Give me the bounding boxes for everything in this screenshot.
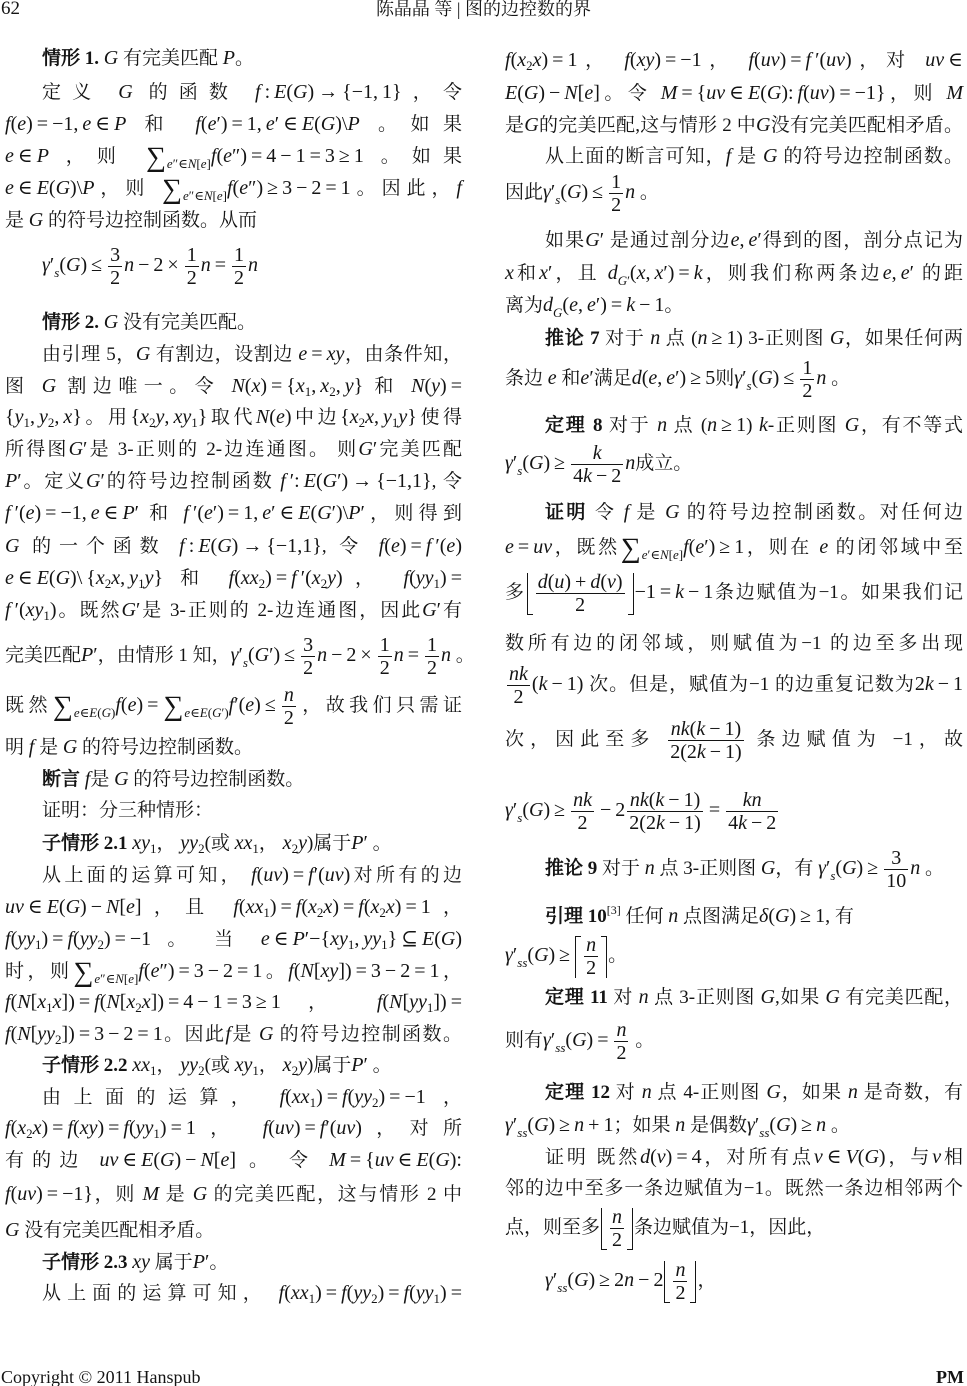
text: 的符号边控制函数 (105, 471, 280, 492)
text: 是奇数，有 (858, 1082, 963, 1103)
math-subscript: e″∈N[e] (167, 156, 211, 171)
math-variable: y (327, 567, 336, 589)
math-expression: n (642, 1081, 652, 1103)
text: 点图满足 (678, 906, 759, 927)
text: ，则得到 (365, 503, 462, 524)
math-subscript: G′ (618, 273, 630, 288)
text: 点 4-正则图 (652, 1082, 767, 1103)
math-expression: G (114, 768, 128, 790)
math-expression: f(N[yy1]) = (377, 991, 462, 1013)
math-expression: f(xx1) = f(x2x) = f(x2x) = 1 (233, 896, 430, 918)
math-expression: n ≥ 1 (697, 327, 736, 349)
math-symbol: ′( (811, 49, 826, 71)
case-1-text-line: e ∈ P ，则 ∑e″∈N[e]f(e″) = 4 − 1 = 3 ≥ 1 。… (5, 140, 462, 172)
subcase-2-3-text-line: f(x2x) = 1， f(xy) = −1， f(uv) = f ′(uv)，… (505, 44, 963, 76)
math-variable: e (266, 113, 275, 135)
math-variable: y (298, 1054, 307, 1076)
math-expression: G (763, 145, 777, 167)
math-variable: e (883, 262, 892, 284)
math-symbol: , (740, 229, 749, 251)
claim-heading: 断言 f是 G 的符号边控制函数。 (5, 763, 462, 795)
math-variable: uv (275, 1117, 294, 1139)
math-variable: n (612, 1206, 622, 1228)
math-variable: x (96, 567, 105, 589)
math-symbol: − 1 (934, 673, 963, 695)
case-2-text-line: G 的一个函数 f : E(G) → {−1,1}, 令 f(e) = f ′(… (5, 530, 462, 562)
left-ceiling-bracket (575, 936, 581, 978)
math-symbol: ′) ≥ 5 (675, 367, 715, 389)
subcase-2-1-text-line: 时，则∑e″∈N[e]f(e″) = 3 − 2 = 1。f(N[xy]) = … (5, 955, 462, 987)
math-variable: e (5, 567, 14, 589)
math-symbol: ″∈ (189, 188, 204, 203)
math-variable: M (946, 82, 963, 104)
math-variable: x (37, 991, 46, 1013)
text: ， (343, 568, 404, 589)
math-symbol: 2 (575, 594, 585, 616)
math-symbol: 4 (728, 812, 738, 834)
math-variable: n (675, 1259, 685, 1281)
math-variable: n (574, 1114, 584, 1136)
math-variable: d (640, 1146, 650, 1168)
math-variable: γ (543, 181, 551, 203)
math-variable: xy (637, 49, 655, 71)
text: 有完美匹配 (118, 48, 223, 69)
math-variable: γ (818, 857, 826, 879)
math-symbol: ′( (234, 694, 245, 716)
case-2-text-line: f ′(e) = −1, e ∈ P′ 和 f ′(e′) = 1, e′ ∈ … (5, 497, 462, 529)
math-expression: (G) ≤ (752, 367, 799, 389)
case-2-text-line: {y1, y2, x}。用{x2y, xy1}取代N(e)中边{x2x, y1y… (5, 401, 462, 433)
math-variable: xx (241, 567, 259, 589)
text: )属于 (307, 1055, 351, 1076)
text: ) 3-正则图 (736, 328, 829, 349)
subcase-2-3-heading: 子情形 2.3 xy 属于P′。 (5, 1246, 462, 1278)
subcase-2-2-text-line: 有的边 uv ∈ E(G) − N[e] 。 令 M = {uv ∈ E(G): (5, 1144, 462, 1176)
math-expression: uv ∈ (925, 49, 963, 71)
text: 如果 (545, 230, 585, 251)
text: ，如果 (781, 1082, 848, 1103)
math-variable: γ (545, 1269, 553, 1291)
math-variable: G (763, 145, 777, 167)
math-variable: M (142, 1183, 159, 1205)
math-variable: x (17, 1117, 26, 1139)
math-symbol: 2 (513, 686, 523, 708)
math-variable: uv (263, 864, 282, 886)
math-variable: n (639, 986, 649, 1008)
math-expression: f′(e) ≤ (229, 694, 280, 716)
text: 图 (5, 376, 42, 397)
math-symbol: ∈ (14, 567, 37, 589)
math-expression: d(v) = 4 (640, 1146, 702, 1168)
math-variable: n (910, 857, 920, 879)
math-symbol: 2 (303, 657, 313, 679)
math-expression: (G) ≥ n (769, 1114, 826, 1136)
math-variable: e (223, 145, 232, 167)
math-variable: G (104, 311, 118, 333)
math-variable: G (830, 327, 844, 349)
math-variable: e (584, 82, 593, 104)
math-symbol: ∈ (14, 177, 37, 199)
fraction-numerator: 1 (232, 245, 246, 267)
text: 的符号边控制函数。 (273, 1024, 462, 1045)
math-variable: uv (761, 49, 780, 71)
math-symbol: } (354, 375, 364, 397)
math-symbol: ) + (564, 571, 590, 593)
math-expression: (G) ≥ (527, 944, 574, 966)
math-symbol: ( (532, 673, 539, 695)
fraction: nk2 (571, 790, 594, 833)
math-symbol: 2 (802, 380, 812, 402)
fraction-numerator: nk (507, 664, 530, 686)
math-symbol: ( (768, 905, 775, 927)
bold-label: 定理 11 (545, 987, 608, 1008)
math-expression: γ′ (505, 452, 517, 474)
math-expression: M (142, 1183, 159, 1205)
subcase-2-1-text-line: uv ∈ E(G) − N[e]，且 f(xx1) = f(x2x) = f(x… (5, 891, 462, 923)
theorem-12-proof-line: 邻的边中至多一条边赋值为−1。既然一条边相邻两个 (505, 1173, 963, 1205)
math-symbol: ) = 1 (160, 1117, 196, 1139)
math-variable: n (441, 644, 451, 666)
math-symbol: ] (593, 82, 600, 104)
math-symbol: , (657, 367, 666, 389)
journal-abbreviation: PM (936, 1366, 964, 1386)
math-expression: n (816, 367, 826, 389)
math-expression: G (193, 1183, 207, 1205)
math-expression: f(e′) = 1, e′ ∈ E(G)\P (195, 113, 359, 135)
fraction-denominator: 2 (610, 1229, 624, 1250)
math-variable: x (365, 406, 374, 428)
math-symbol: ( (522, 799, 529, 821)
math-expression: {x2x, y1y} (340, 406, 417, 428)
math-variable: yy (409, 991, 427, 1013)
math-expression: f ′(e′) = 1, e′ ∈ E(G′)\P′ (183, 502, 364, 524)
theorem-8-proof-line: 证明 令 f 是 G 的符号边控制函数。对任何边 (505, 496, 963, 528)
text: 完美匹配 (377, 439, 462, 460)
math-variable: x (63, 406, 72, 428)
fraction-numerator: 1 (800, 358, 814, 380)
math-expression: G (761, 857, 775, 879)
text: 对于 (600, 328, 651, 349)
math-variable: E (37, 567, 49, 589)
text: 的符号边控制函数。 (129, 769, 305, 790)
math-variable: uv (17, 1183, 36, 1205)
math-variable: G (323, 470, 337, 492)
math-expression: xx1 (235, 832, 259, 854)
math-expression: f(xx1) = f(yy2) = f(yy1) = (279, 1282, 462, 1304)
fraction: 12 (800, 358, 814, 401)
subcase-2-1-text-line: f(yy1) = f(yy2) = −1 。 当 e ∈ P′−{xy1, yy… (5, 923, 462, 955)
math-variable: x (126, 991, 135, 1013)
math-symbol: ( (144, 960, 151, 982)
text: 是 (159, 1184, 193, 1205)
fraction: kn4k − 2 (726, 790, 778, 833)
math-variable: N (106, 991, 119, 1013)
math-symbol: ( (517, 82, 524, 104)
math-variable: G (422, 599, 436, 621)
fraction-numerator: k (571, 443, 623, 465)
math-symbol: ∈ (14, 145, 37, 167)
math-symbol: ) = (440, 375, 462, 397)
text: 。 (368, 833, 392, 854)
math-variable: G (118, 81, 132, 103)
fraction-numerator: n (673, 1260, 687, 1282)
math-expression: G (118, 81, 132, 103)
math-variable: E (298, 502, 310, 524)
text: 条边赋值为−1。如果我们记 (713, 582, 963, 603)
math-variable: e (262, 502, 271, 524)
math-variable: n (657, 414, 667, 436)
math-symbol: { (131, 406, 141, 428)
math-symbol: ) ≥ 2 (589, 1269, 625, 1291)
math-variable: k (759, 414, 768, 436)
math-expression: n (441, 644, 451, 666)
fraction: 32 (108, 245, 122, 288)
math-variable: E (37, 177, 49, 199)
text: 有割边，设割边 (150, 344, 298, 365)
math-expression: f(yy1) = f(yy2) = −1 (5, 928, 151, 950)
math-variable: uv (810, 82, 829, 104)
fraction-numerator: d(u) + d(v) (536, 572, 625, 594)
theorem-8-proof-line: nk2(k − 1) 次。但是，赋值为−1 的边重复记数为2k − 1 (505, 660, 963, 708)
math-symbol: ) → {−1,1} (232, 535, 322, 557)
math-symbol: ( (239, 896, 246, 918)
math-variable: P (114, 113, 126, 135)
math-symbol: ∈ (91, 113, 114, 135)
fraction: n2 (282, 685, 296, 728)
text: ，如果任何两 (844, 328, 963, 349)
math-variable: n (816, 367, 826, 389)
fraction-denominator: 2 (507, 686, 530, 707)
math-symbol: ′) (221, 705, 228, 720)
math-symbol: ) (355, 1117, 362, 1139)
text: 多 (505, 582, 526, 603)
math-variable: yy (353, 1282, 371, 1304)
bold-label: 子情形 2.1 (42, 833, 128, 854)
right-floor-bracket (690, 1261, 696, 1303)
math-variable: P (122, 502, 134, 524)
math-variable: P (347, 113, 359, 135)
math-symbol: ( (59, 254, 66, 276)
math-variable: nk (509, 663, 528, 685)
math-symbol: ( (760, 82, 767, 104)
math-expression: f(uv) = −1} (5, 1183, 93, 1205)
math-variable: n (394, 644, 404, 666)
math-subscript: e∈E(G) (74, 705, 115, 720)
text: -正则图 (768, 415, 845, 436)
math-expression: G′ (121, 599, 140, 621)
math-expression: f(e) = (115, 694, 162, 716)
math-symbol: ) − (80, 896, 106, 918)
math-variable: e (261, 928, 270, 950)
math-variable: yy (180, 832, 198, 854)
fraction: nk2 (507, 664, 530, 707)
math-symbol: ) = −1, (35, 502, 91, 524)
math-variable: ss (555, 1040, 565, 1055)
math-expression: G (825, 986, 839, 1008)
math-expression: (k − 1) (532, 673, 584, 695)
math-variable: e (569, 294, 578, 316)
math-symbol: ( (650, 1146, 657, 1168)
text: 从上面的断言可知， (545, 146, 726, 167)
text: 满足 (594, 368, 632, 389)
text: ， (281, 992, 377, 1013)
math-expression: uv ∈ E(G) − N[e] (99, 1149, 236, 1171)
math-symbol: ′) = (596, 294, 626, 316)
bold-label: 定理 8 (545, 415, 603, 436)
math-expression: xy (132, 1251, 150, 1273)
math-subscript: ss (517, 1125, 527, 1140)
fraction: k4k − 2 (571, 443, 623, 486)
text: 。因此 (163, 1024, 226, 1045)
lemma-10-line: 引理 10[3] 任何 n 点图满足δ(G) ≥ 1, 有 (505, 900, 963, 932)
text: ) (746, 415, 759, 436)
text: 条边赋值为 −1，故 (746, 729, 963, 750)
math-expression: v ∈ V(G) (814, 1146, 886, 1168)
math-variable: x (308, 896, 317, 918)
math-symbol: ] (135, 896, 142, 918)
case-1-text-line: e ∈ E(G)\P，则 ∑e″∈N[e]f(e″) ≥ 3 − 2 = 1。因… (5, 172, 462, 204)
text: 任何 (621, 906, 669, 927)
sum-symbol: ∑ (72, 957, 94, 988)
text: 取代 (207, 407, 256, 428)
math-expression: (G′) ≤ (248, 644, 299, 666)
math-symbol: : (261, 81, 275, 103)
math-variable: k (696, 718, 705, 740)
math-expression: P′ (351, 832, 368, 854)
math-variable: uv (925, 49, 944, 71)
math-symbol: ′( (297, 567, 312, 589)
text: 是 3-正则的 2-边连通图，因此 (140, 600, 422, 621)
text: ， (157, 1055, 181, 1076)
math-expression: G (104, 311, 118, 333)
fraction-numerator: nk(k − 1) (627, 790, 703, 812)
math-variable: G (193, 1183, 207, 1205)
text: 对 (608, 987, 639, 1008)
fraction-numerator: 3 (108, 245, 122, 267)
math-expression: f(e″) ≥ 3 − 2 = 1 (227, 177, 351, 199)
math-variable: e (391, 535, 400, 557)
fraction: d(u) + d(v)2 (536, 572, 625, 615)
math-variable: M (329, 1149, 346, 1171)
math-variable: n (816, 1114, 826, 1136)
math-symbol: ( (630, 49, 637, 71)
sum-symbol: ∑ (52, 691, 74, 722)
math-variable: d (543, 294, 553, 316)
math-variable: γ (505, 944, 513, 966)
math-expression: f(x2x) = 1 (505, 49, 577, 71)
math-variable: G (758, 367, 772, 389)
math-symbol: ′−{ (305, 928, 330, 950)
right-column: f(x2x) = 1， f(xy) = −1， f(uv) = f ′(uv)，… (505, 0, 963, 1386)
math-variable: xx (291, 1282, 309, 1304)
math-variable: G (618, 273, 627, 288)
math-variable: n (697, 327, 707, 349)
text: 是 (629, 502, 665, 523)
math-expression: N(e) (256, 406, 292, 428)
math-expression: G (63, 736, 77, 758)
math-variable: n (642, 1081, 652, 1103)
fraction-numerator: 3 (884, 848, 908, 870)
math-variable: xy (26, 599, 44, 621)
math-variable: γ (543, 1029, 551, 1051)
math-variable: G (42, 375, 56, 397)
text: , 令 (432, 471, 462, 492)
math-expression: −1 = k − 1 (635, 581, 714, 603)
math-expression: xy1 (235, 1054, 259, 1076)
math-symbol: , (120, 567, 129, 589)
math-subscript: ss (555, 1040, 565, 1055)
math-expression: n (675, 1114, 685, 1136)
math-variable: N (115, 971, 124, 986)
math-expression: γ′ (747, 1114, 759, 1136)
math-variable: P (351, 832, 363, 854)
math-expression: (G) ≥ n + 1 (527, 1114, 613, 1136)
math-variable: G (63, 736, 77, 758)
text: 使得 (417, 407, 462, 428)
math-expression: P′ (81, 644, 98, 666)
text: ，对 (852, 50, 926, 71)
math-variable: G (317, 502, 331, 524)
math-symbol: ′) = 1, (213, 502, 262, 524)
math-expression: = (705, 799, 724, 821)
math-expression: f(N[x1x]) = f(N[x2x]) = 4 − 1 = 3 ≥ 1 (5, 991, 281, 1013)
math-variable: E (416, 1149, 428, 1171)
fraction-numerator: 1 (185, 245, 199, 267)
theorem-8-line: γ′s(G) ≥ k4k − 2n成立。 (505, 439, 963, 487)
fraction-numerator: kn (726, 790, 778, 812)
math-variable: G (767, 82, 781, 104)
math-symbol: ≥ 1 (707, 327, 736, 349)
math-symbol: ) = (97, 1117, 123, 1139)
math-expression: (G) ≤ (59, 254, 106, 276)
text: 既然 (5, 695, 52, 716)
math-expression: f(uv) = f′(uv) (251, 864, 350, 886)
text: 的一个函数 (19, 536, 179, 557)
proof-intro-line: 证明：分三种情形： (5, 795, 462, 827)
text: 。 (368, 1055, 392, 1076)
math-symbol: = (705, 799, 724, 821)
math-expression: f ′(xy1) (5, 599, 57, 621)
math-variable: G (529, 799, 543, 821)
math-symbol: ( (384, 535, 391, 557)
text: 。既然 (57, 600, 122, 621)
fraction: 12 (185, 245, 199, 288)
math-symbol: ( (201, 113, 208, 135)
math-expression: (G) = (565, 1029, 612, 1051)
math-symbol: ) = −1 (654, 49, 701, 71)
math-variable: γ (505, 799, 513, 821)
math-variable: v (814, 1146, 823, 1168)
text: ，且 (552, 263, 607, 284)
math-expression: f(xx1) = f(yy2) = −1 (280, 1086, 426, 1108)
math-variable: uv (336, 1117, 355, 1139)
math-symbol: − 2 × (327, 644, 376, 666)
math-variable: δ (759, 905, 768, 927)
text: ，且 (142, 897, 234, 918)
fraction-denominator: 2 (673, 1282, 687, 1303)
math-variable: E (302, 113, 314, 135)
math-variable: n (248, 254, 258, 276)
math-symbol: 2 (612, 1229, 622, 1251)
math-variable: x (53, 991, 62, 1013)
math-variable: e (548, 367, 557, 389)
math-symbol: − 1) (705, 718, 741, 740)
math-symbol: )\ (335, 113, 347, 135)
math-expression: P′ (5, 470, 22, 492)
math-expression: G (766, 1081, 780, 1103)
math-symbol: , (30, 406, 39, 428)
text: 是 (34, 737, 63, 758)
